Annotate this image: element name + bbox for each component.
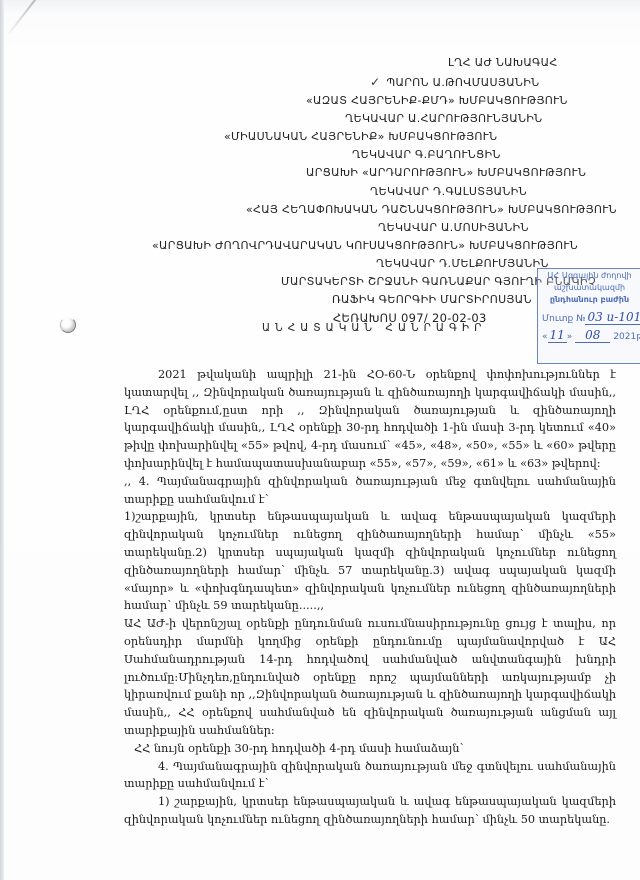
addressee-line: «ԱՐՑԱԽԻ ԺՈՂՈՎՐԴԱՎԱՐԱԿԱՆ ԿՈՒՍԱԿՑՈՒԹՅՈՒՆ» … — [152, 239, 578, 252]
body-paragraph: ,, 4. Պայմանագրային զինվորական ծառայությ… — [124, 473, 616, 509]
addressee-line: ՂԵԿԱՎԱՐ Ա.ՀԱՐՈՒԹՅՈՒՆՅԱՆԻՆ — [345, 112, 543, 125]
body-paragraph: ԱՀ ԱԺ-ի վերոնշյալ օրենքի ընդունման ուսու… — [124, 615, 616, 740]
body-text: 2021 թվականի ապրիլի 21-ին ՀՕ-60-Ն օրենքո… — [124, 366, 616, 829]
addressee-line: ՌԱՖԻԿ ԳԵՈՐԳԻԻ ՄԱՐՏԻՐՈՍՅԱՆ — [332, 293, 532, 306]
punch-hole-mark — [60, 317, 76, 333]
body-paragraph: 4. Պայմանագրային զինվորական ծառայության … — [124, 758, 616, 794]
addressee-name: ՊԱՐՈՆ Ա.ԹՈՎՄԱՍՅԱՆԻՆ — [386, 76, 539, 89]
body-paragraph: 1) շարքային, կրտսեր ենթասպայական և ավագ … — [124, 793, 616, 829]
addressee-line: ՂԵԿԱՎԱՐ Գ.ԲԱՂՈՒՆՑԻՆ — [352, 148, 501, 161]
stamp-number-label: Մուտք № — [542, 314, 585, 324]
stamp-date-day: 11 — [548, 328, 567, 343]
addressee-line: ✓ՊԱՐՈՆ Ա.ԹՈՎՄԱՍՅԱՆԻՆ — [370, 75, 539, 89]
addressee-line: ԼՂՀ ԱԺ ՆԱԽԱԳԱՀ — [448, 56, 558, 69]
stamp-date-month: 08 — [575, 328, 610, 343]
scan-left-edge — [0, 0, 4, 880]
stamp-date-year: 2021թ. — [613, 332, 640, 342]
stamp-number-row: Մուտք №03 ս-101 — [538, 310, 640, 324]
body-paragraph: 1)շարքային, կրտսեր ենթասպայական և ավագ ե… — [124, 508, 616, 615]
stamp-number-value: 03 ս-101 — [585, 310, 640, 325]
stamp-line: ԱՀ Ազգային ժողովի — [538, 270, 640, 282]
addressee-line: ՂԵԿԱՎԱՐ Դ.ՄԵԼՔՈՒՄՅԱՆԻՆ — [376, 257, 549, 270]
document-title: ԱՆՀԱՏԱԿԱՆ ՀԱՆՐԱԳԻՐ — [262, 322, 486, 334]
addressee-line: ԱՐՑԱԽԻ «ԱՐԴԱՐՈՒԹՅՈՒՆ» ԽՄԲԱԿՑՈՒԹՅՈՒՆ — [306, 166, 586, 179]
addressee-line: «ՀԱՅ ՀԵՂԱՓՈԽԱԿԱՆ ԴԱՇՆԱԿՑՈՒԹՅՈՒՆ» ԽՄԲԱԿՑՈ… — [246, 203, 617, 216]
addressee-line: ՂԵԿԱՎԱՐ Ա.ՄՈՍԻՅԱՆԻՆ — [378, 221, 529, 234]
stamp-line: աշխատակազմի — [538, 282, 640, 294]
addressee-line: «ԱԶԱՏ ՀԱՅՐԵՆԻՔ-ՔՄԴ» ԽՄԲԱԿՑՈՒԹՅՈՒՆ — [306, 94, 568, 107]
addressee-line: «ՄԻԱՍՆԱԿԱՆ ՀԱՅՐԵՆԻՔ» ԽՄԲԱԿՑՈՒԹՅՈՒՆ — [224, 130, 497, 143]
receipt-stamp: ԱՀ Ազգային ժողովի աշխատակազմի ընդհանուր … — [537, 268, 640, 364]
body-paragraph: ՀՀ նույն օրենքի 30-րդ հոդվածի 4-րդ մասի … — [124, 740, 616, 758]
body-paragraph: 2021 թվականի ապրիլի 21-ին ՀՕ-60-Ն օրենքո… — [124, 366, 616, 473]
addressee-line: ՂԵԿԱՎԱՐ Դ.ԳԱԼՍՏՅԱՆԻՆ — [370, 185, 527, 198]
scan-corner-shadow — [8, 0, 42, 34]
stamp-date-row: «11» 08 2021թ. — [538, 328, 640, 342]
checkmark-icon: ✓ — [370, 75, 380, 89]
scanned-page: ԼՂՀ ԱԺ ՆԱԽԱԳԱՀ ✓ՊԱՐՈՆ Ա.ԹՈՎՄԱՍՅԱՆԻՆ «ԱԶԱ… — [0, 0, 640, 880]
stamp-line: ընդհանուր բաժին — [538, 294, 640, 306]
